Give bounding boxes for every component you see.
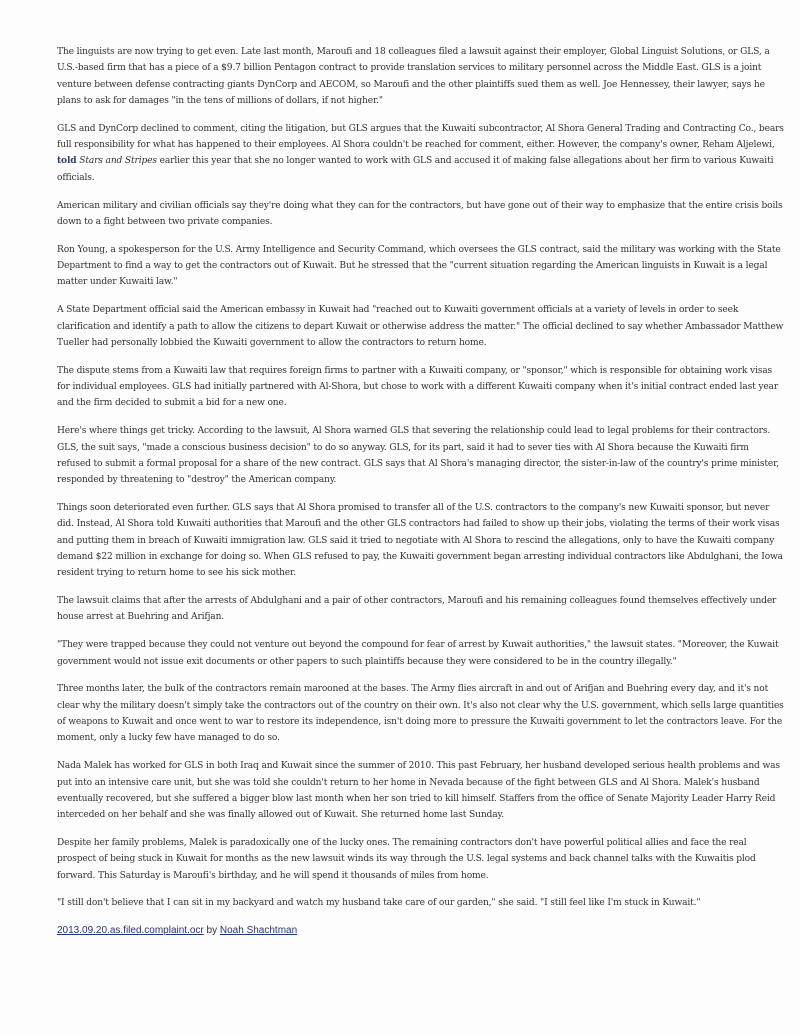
paragraph-marooned: Three months later, the bulk of the cont… xyxy=(57,681,785,746)
paragraph-lawsuit-intro: The linguists are now trying to get even… xyxy=(57,44,785,109)
paragraph-lucky-ones: Despite her family problems, Malek is pa… xyxy=(57,835,785,884)
paragraph-deteriorated: Things soon deteriorated even further. G… xyxy=(57,500,785,581)
paragraph-gls-comment-tail: earlier this year that she no longer wan… xyxy=(57,156,773,182)
document-credit: 2013.09.20.as.filed.complaint.ocr by Noa… xyxy=(57,923,785,939)
told-link[interactable]: told xyxy=(57,155,76,166)
stars-and-stripes-title: Stars and Stripes xyxy=(79,156,157,166)
article-body: The linguists are now trying to get even… xyxy=(57,44,785,940)
paragraph-officials: American military and civilian officials… xyxy=(57,198,785,231)
paragraph-nada-malek: Nada Malek has worked for GLS in both Ir… xyxy=(57,758,785,823)
paragraph-tricky: Here's where things get tricky. Accordin… xyxy=(57,423,785,488)
paragraph-trapped-quote: "They were trapped because they could no… xyxy=(57,637,785,670)
paragraph-house-arrest: The lawsuit claims that after the arrest… xyxy=(57,593,785,626)
paragraph-ron-young: Ron Young, a spokesperson for the U.S. A… xyxy=(57,242,785,291)
credit-by: by xyxy=(207,925,218,936)
paragraph-gls-comment: GLS and DynCorp declined to comment, cit… xyxy=(57,121,785,186)
paragraph-state-department: A State Department official said the Ame… xyxy=(57,302,785,351)
author-link[interactable]: Noah Shachtman xyxy=(220,925,297,936)
paragraph-closing-quote: "I still don't believe that I can sit in… xyxy=(57,895,785,911)
complaint-document-link[interactable]: 2013.09.20.as.filed.complaint.ocr xyxy=(57,925,204,936)
paragraph-gls-comment-text: GLS and DynCorp declined to comment, cit… xyxy=(57,124,784,150)
paragraph-dispute: The dispute stems from a Kuwaiti law tha… xyxy=(57,363,785,412)
